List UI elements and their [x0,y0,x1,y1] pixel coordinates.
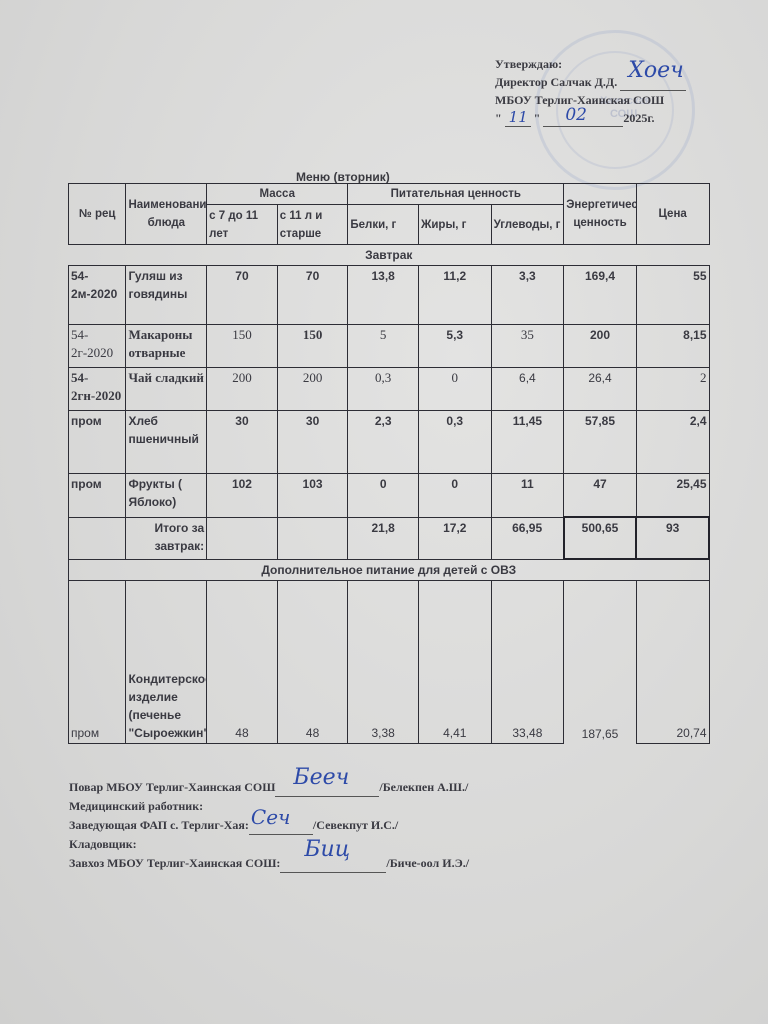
cell-empty [69,517,126,559]
cell-price: 8,15 [636,325,709,368]
cell-name: Фрукты ( Яблоко) [126,474,207,518]
cell-rec: пром [69,581,126,744]
cell-carbs: 6,4 [491,368,564,411]
approval-date: " 11 " 02 2025г. [495,109,686,127]
table-row: пром Хлеб пшеничный 30 30 2,3 0,3 11,45 … [69,411,710,474]
cell-empty [277,517,348,559]
cell-mass-7-11: 48 [207,581,278,744]
cell-price: 2,4 [636,411,709,474]
signature-cook: Повар МБОУ Терлиг-Хаинская СОШБееч/Белек… [69,778,469,797]
table-row: пром Фрукты ( Яблоко) 102 103 0 0 11 47 … [69,474,710,518]
cell-energy: 200 [564,325,637,368]
cell-carbs: 33,48 [491,581,564,744]
date-month-line: 02 [543,112,623,127]
table-row: 54-2гн-2020 Чай сладкий 200 200 0,3 0 6,… [69,368,710,411]
cell-carbs: 35 [491,325,564,368]
cell-name: Кондитерское изделие (печенье "Сыроежкин… [126,581,207,744]
cell-fats: 4,41 [418,581,491,744]
cell-mass-11-plus: 150 [277,325,348,368]
cell-name: Чай сладкий [126,368,207,411]
cell-fats: 11,2 [418,266,491,325]
section-extra-nutrition: Дополнительное питание для детей с ОВЗ [69,559,710,581]
table-row: 54-2м-2020 Гуляш из говядины 70 70 13,8 … [69,266,710,325]
signatures-block: Повар МБОУ Терлиг-Хаинская СОШБееч/Белек… [69,778,469,873]
cell-mass-11-plus: 70 [277,266,348,325]
table-row: пром Кондитерское изделие (печенье "Сыро… [69,581,710,744]
signature-supply-manager: Завхоз МБОУ Терлиг-Хаинская СОШ:Биц/Биче… [69,854,469,873]
total-price: 93 [636,517,709,559]
signature-fap-head: Заведующая ФАП с. Терлиг-Хая:Сеч/Севекпу… [69,816,469,835]
fap-signature: Сеч [251,808,291,827]
cell-rec: 54-2м-2020 [69,266,126,325]
supply-signature: Биц [304,840,350,859]
breakfast-total-row: Итого за завтрак: 21,8 17,2 66,95 500,65… [69,517,710,559]
cell-proteins: 2,3 [348,411,419,474]
director-signature-line: Хоеч [620,76,686,91]
menu-table: № рец Наименование блюда Масса Питательн… [68,183,710,744]
director-name: Директор Салчак Д.Д. [495,75,617,89]
cell-mass-7-11: 102 [207,474,278,518]
cook-signature: Бееч [293,768,349,787]
cell-rec: 54-2г-2020 [69,325,126,368]
cell-price: 20,74 [636,581,709,744]
header-energy: Энергетическая ценность [564,184,637,245]
total-carbs: 66,95 [491,517,564,559]
header-mass: Масса [207,184,348,205]
cell-fats: 0,3 [418,411,491,474]
total-label: Итого за завтрак: [126,517,207,559]
cell-carbs: 11,45 [491,411,564,474]
header-proteins: Белки, г [348,205,419,245]
cell-proteins: 0,3 [348,368,419,411]
cell-mass-11-plus: 48 [277,581,348,744]
cell-fats: 5,3 [418,325,491,368]
header-carbs: Углеводы, г [491,205,564,245]
signature-storekeeper: Кладовщик: [69,835,469,854]
cell-mass-11-plus: 200 [277,368,348,411]
cell-energy: 47 [564,474,637,518]
cell-mass-11-plus: 30 [277,411,348,474]
date-year: 2025г. [623,111,654,125]
signature-line: Сеч [249,820,313,835]
director-line: Директор Салчак Д.Д. Хоеч [495,73,686,91]
approval-block: Утверждаю: Директор Салчак Д.Д. Хоеч МБО… [495,55,686,127]
header-mass-11-plus: с 11 л и старше [277,205,348,245]
cell-price: 55 [636,266,709,325]
director-signature: Хоеч [628,62,684,80]
header-mass-7-11: с 7 до 11 лет [207,205,278,245]
date-month: 02 [565,106,587,124]
signature-line: Бееч [275,782,379,797]
school-name: МБОУ Терлиг-Хаинская СОШ [495,91,686,109]
cell-mass-7-11: 200 [207,368,278,411]
cell-energy: 187,65 [564,581,637,744]
cell-rec: пром [69,474,126,518]
cell-energy: 26,4 [564,368,637,411]
cell-mass-7-11: 30 [207,411,278,474]
menu-title: Меню (вторник) [296,170,390,184]
cell-carbs: 11 [491,474,564,518]
cell-price: 25,45 [636,474,709,518]
cell-fats: 0 [418,474,491,518]
cell-proteins: 13,8 [348,266,419,325]
cell-mass-7-11: 150 [207,325,278,368]
cell-empty [207,517,278,559]
cell-proteins: 5 [348,325,419,368]
header-fats: Жиры, г [418,205,491,245]
cell-rec: 54-2гн-2020 [69,368,126,411]
cell-mass-11-plus: 103 [277,474,348,518]
cell-mass-7-11: 70 [207,266,278,325]
total-energy: 500,65 [564,517,637,559]
section-breakfast: Завтрак [69,245,710,266]
cell-energy: 57,85 [564,411,637,474]
header-price: Цена [636,184,709,245]
cell-name: Макароны отварные [126,325,207,368]
date-day-line: 11 [505,112,531,127]
cell-price: 2 [636,368,709,411]
header-nutrition: Питательная ценность [348,184,564,205]
signature-line: Биц [280,858,386,873]
cell-carbs: 3,3 [491,266,564,325]
cell-rec: пром [69,411,126,474]
header-dish-name: Наименование блюда [126,184,207,245]
cell-energy: 169,4 [564,266,637,325]
total-proteins: 21,8 [348,517,419,559]
cell-name: Гуляш из говядины [126,266,207,325]
cell-fats: 0 [418,368,491,411]
total-fats: 17,2 [418,517,491,559]
cell-proteins: 3,38 [348,581,419,744]
cell-proteins: 0 [348,474,419,518]
date-day: 11 [509,108,528,126]
cell-name: Хлеб пшеничный [126,411,207,474]
header-rec-no: № рец [69,184,126,245]
table-row: 54-2г-2020 Макароны отварные 150 150 5 5… [69,325,710,368]
